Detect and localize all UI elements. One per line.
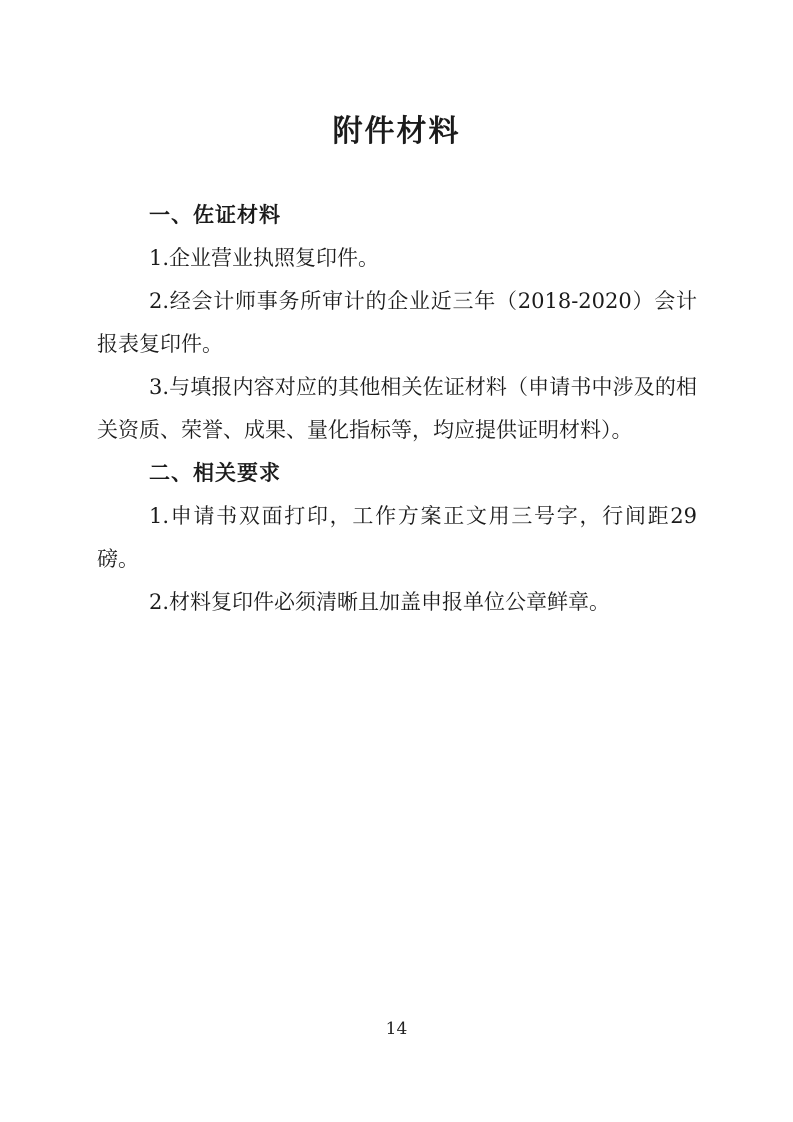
section-1-item-2: 2.经会计师事务所审计的企业近三年（2018-2020）会计报表复印件。 (97, 280, 697, 366)
document-page: 附件材料 一、佐证材料 1.企业营业执照复印件。 2.经会计师事务所审计的企业近… (0, 0, 793, 1122)
document-body: 一、佐证材料 1.企业营业执照复印件。 2.经会计师事务所审计的企业近三年（20… (97, 194, 697, 624)
section-2-item-2: 2.材料复印件必须清晰且加盖申报单位公章鲜章。 (97, 581, 697, 624)
section-1-heading: 一、佐证材料 (97, 194, 697, 237)
document-title: 附件材料 (0, 0, 793, 152)
page-number: 14 (0, 1016, 793, 1042)
section-2-heading: 二、相关要求 (97, 452, 697, 495)
section-1-item-3: 3.与填报内容对应的其他相关佐证材料（申请书中涉及的相关资质、荣誉、成果、量化指… (97, 366, 697, 452)
section-2-item-1: 1.申请书双面打印，工作方案正文用三号字，行间距29磅。 (97, 495, 697, 581)
section-1-item-1: 1.企业营业执照复印件。 (97, 237, 697, 280)
